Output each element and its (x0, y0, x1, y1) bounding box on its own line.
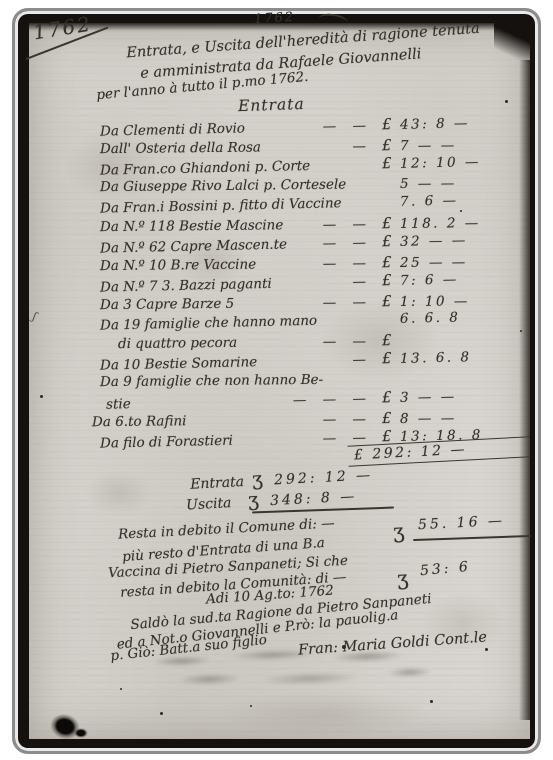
lira-symbol: £ (382, 292, 400, 312)
ink-speck (160, 712, 163, 715)
lira-symbol: £ (382, 115, 400, 135)
lira-symbol: £ (382, 253, 400, 273)
lira-symbol: £ (382, 136, 400, 156)
ink-speck (460, 210, 462, 212)
page-year: 1762 (254, 10, 296, 27)
entry-description: Da N.º 118 Bestie Mascine (100, 216, 284, 237)
entry-amount: 3 — — (400, 386, 512, 408)
entry-amount: 32 — — (400, 230, 512, 252)
lira-symbol: £ (382, 408, 400, 428)
lira-symbol: £ (382, 331, 400, 351)
lira-symbol: £ (382, 214, 400, 234)
entry-amount: 7. 6 — (400, 190, 512, 212)
entry-dashes (323, 383, 382, 384)
ink-speck (520, 330, 522, 332)
entry-description: Da filo di Forastieri (100, 432, 233, 455)
summary-uscita-value: 348: 8 — (270, 489, 358, 510)
entry-dashes: — — (287, 233, 382, 255)
section-title-entrata: Entrata (238, 95, 305, 115)
lira-symbol: £ (382, 232, 400, 252)
entry-amount (400, 343, 512, 344)
entry-amount: 7: 6 — (400, 269, 512, 291)
lira-symbol: £ (382, 154, 400, 174)
lira-symbol: £ (382, 349, 400, 369)
entry-dashes: — (272, 272, 383, 294)
lira-symbol: £ (354, 447, 366, 464)
entry-amount: 43: 8 — (400, 113, 512, 135)
brace-mark: ʒ (392, 519, 405, 544)
entry-description: di quattro pecora (118, 333, 237, 354)
lira-symbol: £ (382, 388, 400, 408)
total-amount: 292: 12 — (372, 442, 467, 463)
paper-stain (86, 470, 152, 516)
brace-mark: ʒ (247, 488, 270, 511)
entry-description: Da 3 Capre Barze 5 (100, 294, 234, 315)
entry-dashes (310, 168, 382, 170)
ink-bleedthrough (137, 639, 433, 697)
entry-amount: 13. 6. 8 (400, 347, 512, 369)
ledger-entries: Da Clementi di Rovio— —£43: 8 — Dall' Os… (100, 117, 512, 449)
ink-speck (40, 395, 43, 398)
ink-speck (250, 705, 252, 707)
lira-symbol: £ (382, 271, 400, 291)
entry-description: Da 9 famiglie che non hanno Be- (100, 370, 323, 392)
entry-amount (400, 381, 512, 382)
entry-dashes (342, 206, 382, 207)
entry-description: Da N.º 10 B.re Vaccine (100, 255, 256, 276)
brace-mark: ʒ (396, 566, 409, 591)
scan-edge-right (519, 60, 530, 720)
ink-speck (430, 700, 433, 703)
entry-amount: 12: 10 — (400, 152, 512, 174)
entry-description: Dall' Osteria della Rosa (100, 138, 261, 159)
summary-uscita-label: Uscita (186, 494, 249, 513)
document-scan: 1762 1762 Entrata, e Uscita dell'heredit… (0, 0, 553, 760)
ink-speck (120, 688, 122, 690)
ink-speck (485, 648, 488, 651)
entry-dashes (317, 323, 382, 324)
entry-description: Da 6.to Rafini (92, 412, 187, 432)
entry-dashes: — (257, 350, 382, 372)
ink-speck (342, 645, 346, 649)
entry-description: Da Giuseppe Rivo Lalci p. Cortesele (100, 175, 346, 197)
paper-stain (220, 690, 430, 738)
entry-amount: 6. 6. 8 (400, 307, 512, 329)
ink-speck (505, 100, 508, 103)
ink-blot (74, 728, 88, 738)
